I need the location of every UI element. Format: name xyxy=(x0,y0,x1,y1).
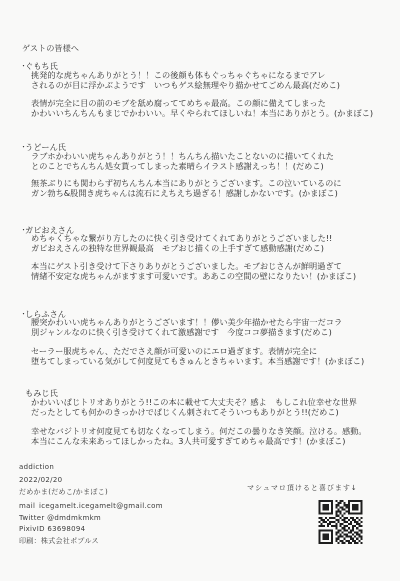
publish-date: 2022/02/20 xyxy=(19,475,62,485)
message-dameko: かわいいぱじトリオありがとう!!この本に載せて大丈夫そ？感よ もしこれ位幸せな世… xyxy=(31,398,357,417)
pixiv-id: PixivID 63698094 xyxy=(19,524,85,534)
mail-address: icegamelt.icegamelt@gmail.com xyxy=(39,501,163,511)
message-line: 堕ちてしまっている気がして何度見てもきゅんときちゃいます。本当感謝です！(かまぼ… xyxy=(31,357,364,366)
message-line: ガビおえさんの独特な世界観最高 モブおじ描くの上手すぎて感動感謝(だめこ) xyxy=(31,244,332,253)
message-kamaboko: 表情が完全に目の前のモブを舐め腐っててめちゃ最高。この顔に備えてしまった かわい… xyxy=(31,99,373,118)
message-line: 本当にこんな未来あってほしかったね。3人共可愛すぎてめちゃ最高です！(かまぼこ) xyxy=(31,437,367,446)
guest-section-shirafu: ・ しらふさん 腰突かわいい虎ちゃんありがとうございます！！儚い美少年描かせたら… xyxy=(0,309,400,369)
mail-label: mail xyxy=(19,502,35,510)
message-kamaboko: セーラー服虎ちゃん、ただでさえ顔が可愛いのにエロ過ぎます。表情が完全に 堕ちてし… xyxy=(31,347,364,366)
message-line: 別ジャンルなのに快く引き受けてくれて激感謝です 今度ココ夢描きます(だめこ) xyxy=(31,328,342,337)
mail-row: mail icegamelt.icegamelt@gmail.com xyxy=(19,501,35,511)
message-line: 情緒不安定な虎ちゃんがますます可愛いです。ああこの空間の壁になりたい！(かまぼこ… xyxy=(31,272,356,281)
book-title: addiction xyxy=(19,462,54,472)
guest-section-gabioe: ・ ガビおえさん めちゃくちゃな繋がり方したのに快く引き受けてくれてありがとうご… xyxy=(0,225,400,285)
bullet-icon: ・ xyxy=(20,225,24,235)
twitter-handle: Twitter @dmdmkmkm xyxy=(19,513,101,523)
message-line: とのことでちんちん処女貰ってしまった素晴らイラスト感謝えっち！！(だめこ) xyxy=(31,162,334,171)
message-line: されるのが目に浮かぶようです いつもゲス絵無理やり描かせてごめん最高(だめこ) xyxy=(31,81,340,90)
message-line: かわいいちんちんもまじでかわいい。早くやられてほしいね！本当にありがとう。(かま… xyxy=(31,109,373,118)
qr-code-icon xyxy=(318,500,363,544)
guest-section-momiji: もみじ氏 かわいいぱじトリオありがとう!!この本に載せて大丈夫そ？感よ もしこれ… xyxy=(0,388,400,448)
message-dameko: ラブホかわいい虎ちゃんありがとう！！ちんちん描いたことないのに描いてくれた との… xyxy=(31,152,334,171)
bullet-icon: ・ xyxy=(20,142,24,152)
message-kamaboko: 無茶ぶりにも関わらず初ちんちん本当にありがとうございます。この泣いているのに ガ… xyxy=(31,179,341,198)
bullet-icon: ・ xyxy=(20,309,24,319)
message-kamaboko: 幸せなバジトリオ何度見ても切なくなってしまう。何だこの曇りなき笑顔。泣ける。感動… xyxy=(31,427,367,446)
message-line: だったとしても何かのきっかけでぱじくん刺されてそういつもありがとう!!(だめこ) xyxy=(31,408,357,417)
message-dameko: めちゃくちゃな繋がり方したのに快く引き受けてくれてありがとうございました!! ガ… xyxy=(31,234,332,253)
message-line: ガン勃ち&股開き虎ちゃんは流石にえちえち過ぎる！感謝しかないです。(かまぼこ) xyxy=(31,189,341,198)
guest-section-gumochi: ・ ぐもち氏 挑発的な虎ちゃんありがとう！！この後顔も体もぐっちゃぐちゃになるま… xyxy=(0,61,400,121)
message-kamaboko: 本当にゲスト引き受けて下さりありがとうございました。モブおじさんが鮮明過ぎて 情… xyxy=(31,262,356,281)
bullet-icon: ・ xyxy=(20,61,24,71)
qr-code-graphic xyxy=(318,500,363,544)
message-dameko: 腰突かわいい虎ちゃんありがとうございます！！儚い美少年描かせたら宇宙一だコラ 別… xyxy=(31,318,342,337)
guest-section-udon: ・ うどーん氏 ラブホかわいい虎ちゃんありがとう！！ちんちん描いたことないのに描… xyxy=(0,142,400,202)
message-dameko: 挑発的な虎ちゃんありがとう！！この後顔も体もぐっちゃぐちゃになるまでアレ される… xyxy=(31,71,340,90)
printer-info: 印刷：株式会社ポプルス xyxy=(19,536,99,546)
page-heading: ゲストの皆様へ xyxy=(22,43,79,53)
marshmallow-label: マシュマロ頂けると喜びます↓ xyxy=(247,483,358,493)
circle-name: だめかま(だめこ/かまぼこ) xyxy=(19,487,108,497)
